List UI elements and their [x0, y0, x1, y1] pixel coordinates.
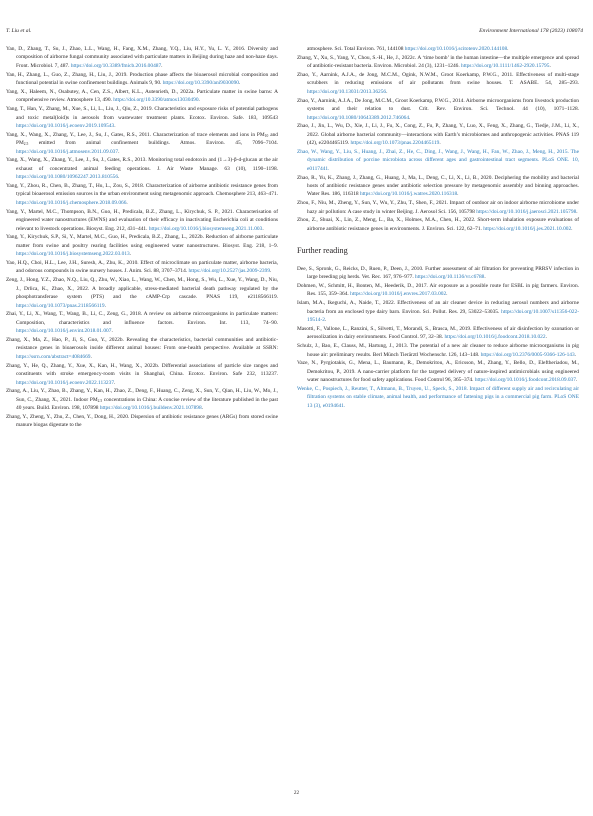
reference-end: .: [114, 380, 115, 386]
reference-entry: Yang, Y., Martel, M.C., Thompson, B.N., …: [6, 208, 278, 233]
reference-entry: Dohmen, W., Schmitt, H., Bonten, M., Hee…: [297, 282, 579, 299]
doi-link[interactable]: https://doi.org/10.1016/j.foodcont.2018.…: [475, 377, 576, 383]
reference-entry: Zhou, Z., Shuai, X., Lin, Z., Meng, L., …: [297, 216, 579, 233]
reference-entry: Schulz, J., Bao, E., Clauss, M., Hartung…: [297, 342, 579, 359]
reference-end: .: [546, 334, 547, 340]
reference-entry: Zhang, Y., He, Q., Zhang, Y., Xue, X., K…: [6, 362, 278, 387]
doi-link[interactable]: https://doi.org/10.1080/10962247.2013.81…: [16, 174, 118, 180]
reference-end: .: [457, 191, 458, 197]
reference-text: Zeng, J., Hong, Y.Z., Zhao, N.Q., Liu, Q…: [6, 277, 278, 300]
doi-link[interactable]: https://doi.org/10.1016/j.biosystemseng.…: [149, 226, 263, 232]
reference-entry: Vaze, N., Pyrgiotakis, G., Mena, L., Bau…: [297, 359, 579, 384]
doi-link[interactable]: https://doi.org/10.1136/vr.c6788: [415, 274, 484, 280]
doi-link[interactable]: https://doi.org/10.1073/pnas.2118566119: [16, 303, 105, 309]
left-column: Yan, D., Zhang, T., Su, J., Zhao, L.L., …: [6, 45, 278, 430]
doi-link[interactable]: https://doi.org/10.1016/j.watres.2020.11…: [360, 191, 457, 197]
reference-text: Yang, X., Wang, X., Zhang, Y., Lee, J., …: [6, 132, 278, 146]
doi-link[interactable]: https://ssrn.com/abstract=4084669: [16, 354, 90, 360]
reference-end: .: [507, 46, 508, 52]
reference-entry: Zhao, Y., Aarnink, A.J.A., de Jong, M.C.…: [297, 71, 579, 96]
reference-end: .: [575, 352, 576, 358]
reference-text: Zhang, Y., He, Q., Zhang, Y., Xue, X., K…: [6, 363, 278, 377]
reference-end: .: [484, 274, 485, 280]
reference-end: .: [571, 226, 572, 232]
reference-entry: Yang, Y., Kirychuk, S.P., Si, Y., Martel…: [6, 233, 278, 258]
reference-entry: Zhai, Y., Li, X., Wang, T., Wang, B., Li…: [6, 310, 278, 335]
doi-link[interactable]: https://doi.org/10.1016/j.biosystemseng.…: [16, 251, 130, 257]
reference-entry: Zhao, Y., Aarnink, A.J.A., De Jong, M.C.…: [297, 97, 579, 122]
further-reading-list: Dee, S., Spronk, G., Reicks, D., Ruen, P…: [297, 265, 579, 410]
reference-end: .: [386, 89, 387, 95]
reference-end: .: [161, 63, 162, 69]
reference-end: .: [105, 303, 106, 309]
reference-end: .: [576, 377, 577, 383]
reference-end: .: [446, 291, 447, 297]
reference-text: Zhai, Y., Li, X., Wang, T., Wang, B., Li…: [6, 311, 278, 325]
doi-link[interactable]: https://doi.org/10.1016/j.buildenv.2021.…: [100, 405, 202, 411]
reference-entry[interactable]: Wenke, C., Pospiech, J., Reutter, T., Al…: [297, 385, 579, 410]
reference-entry: Zeng, J., Hong, Y.Z., Zhao, N.Q., Liu, Q…: [6, 276, 278, 310]
doi-link[interactable]: https://doi.org/10.1016/j.jaerosci.2021.…: [476, 209, 576, 215]
doi-link[interactable]: https://doi.org/10.1111/1462-2920.15795: [461, 63, 549, 69]
doi-link[interactable]: https://doi.org/10.1073/pnas.2204465119: [351, 140, 440, 146]
header-journal: Environment International 178 (2023) 108…: [479, 28, 583, 34]
doi-link[interactable]: https://doi.org/10.1016/j.jes.2021.10.00…: [483, 226, 571, 232]
reference-end: .: [202, 405, 203, 411]
reference-entry: Masotti, F., Vallone, L., Ranzini, S., S…: [297, 325, 579, 342]
reference-text: Yang, X., Wang, X., Zhang, Y., Lee, J., …: [6, 157, 278, 171]
reference-text: Yang, Y., Zhou, R., Chen, B., Zhang, T.,…: [6, 183, 278, 197]
reference-end: .: [90, 354, 91, 360]
reference-entry: Islam, M.A., Ikeguchi, A., Naide, T., 20…: [297, 299, 579, 324]
reference-entry: Yan, H., Zhang, L., Guo, Z., Zhang, H., …: [6, 71, 278, 88]
reference-entry: Yao, H.Q., Choi, H.L., Lee, J.H., Suresh…: [6, 259, 278, 276]
reference-entry: Yang, X., Wang, X., Zhang, Y., Lee, J., …: [6, 131, 278, 156]
doi-link[interactable]: https://doi.org/10.1016/j.chemosphere.20…: [16, 200, 126, 206]
doi-link[interactable]: https://doi.org/10.3390/ani9030090: [163, 80, 239, 86]
doi-link[interactable]: https://doi.org/10.2376/0005-9366-126-14…: [481, 352, 575, 358]
reference-text: Zhang, Y., Zheng, Y., Zhu, Z., Chen, Y.,…: [6, 414, 278, 428]
reference-entry: Yang, X., Wang, X., Zhang, Y., Lee, J., …: [6, 156, 278, 181]
reference-text: Zhao, Y., Aarnink, A.J.A., de Jong, M.C.…: [297, 72, 579, 86]
doi-link[interactable]: https://doi.org/10.1016/j.envint.2018.01…: [16, 328, 111, 334]
doi-link[interactable]: https://doi.org/10.1016/j.scitotenv.2020…: [405, 46, 507, 52]
reference-entry: atmosphere. Sci. Total Environ. 761, 144…: [297, 45, 579, 53]
reference-end: .: [239, 80, 240, 86]
reference-text: Zhang, X., Ma, Z., Hao, P., Ji, S., Guo,…: [6, 337, 278, 351]
reference-end: .: [549, 63, 550, 69]
page-number: 22: [0, 790, 593, 796]
reference-list: atmosphere. Sci. Total Environ. 761, 144…: [297, 45, 579, 233]
reference-text: Yang, T., Han, Y., Zhang, M., Xue, S., L…: [6, 106, 278, 120]
reference-entry[interactable]: Zhao, W., Wang, Y., Liu, S., Huang, J., …: [297, 148, 579, 173]
reference-text: Wenke, C., Pospiech, J., Reutter, T., Al…: [297, 386, 579, 409]
reference-end: .: [439, 140, 440, 146]
reference-entry: Zhang, Y., Xu, S., Yang, Y., Chou, S.-H.…: [297, 54, 579, 71]
reference-entry: Zhao, J., Jin, L., Wu, D., Xie, J., Li, …: [297, 122, 579, 147]
reference-entry: Zhang, X., Ma, Z., Hao, P., Ji, S., Guo,…: [6, 336, 278, 361]
doi-link[interactable]: https://doi.org/10.3390/atmos13030490: [113, 97, 198, 103]
doi-link[interactable]: https://doi.org/10.2527/jas.2009-2399: [189, 268, 271, 274]
doi-link[interactable]: https://doi.org/10.1016/j.envres.2017.03…: [350, 291, 446, 297]
doi-link[interactable]: https://doi.org/10.1016/j.foodcont.2018.…: [444, 334, 545, 340]
reference-end: .: [325, 317, 326, 323]
doi-link[interactable]: https://doi.org/10.1016/j.ecoenv.2022.11…: [16, 380, 114, 386]
reference-end: .: [114, 123, 115, 129]
reference-end: .: [118, 149, 119, 155]
reference-entry: Zhou, F., Niu, M., Zheng, Y., Sun, Y., W…: [297, 199, 579, 216]
doi-link[interactable]: https://doi.org/10.1080/10643389.2012.74…: [307, 115, 409, 121]
reference-entry: Dee, S., Spronk, G., Reicks, D., Ruen, P…: [297, 265, 579, 282]
reference-text: Yang, Y., Kirychuk, S.P., Si, Y., Martel…: [6, 234, 278, 248]
reference-end: .: [126, 200, 127, 206]
reference-end: .: [118, 174, 119, 180]
doi-link[interactable]: https://doi.org/10.13031/2013.36256: [307, 89, 386, 95]
doi-link[interactable]: https://doi.org/10.3389/fmicb.2016.00487: [71, 63, 161, 69]
reference-entry: Zhang, Y., Zheng, Y., Zhu, Z., Chen, Y.,…: [6, 413, 278, 430]
reference-text: Zhao, Y., Aarnink, A.J.A., De Jong, M.C.…: [297, 98, 579, 112]
right-column: atmosphere. Sci. Total Environ. 761, 144…: [297, 45, 579, 411]
reference-entry: Yang, T., Han, Y., Zhang, M., Xue, S., L…: [6, 105, 278, 130]
reference-end: .: [270, 268, 271, 274]
reference-end: .: [199, 97, 200, 103]
reference-end: .: [262, 226, 263, 232]
reference-entry: Yan, D., Zhang, T., Su, J., Zhao, L.L., …: [6, 45, 278, 70]
reference-end: .: [130, 251, 131, 257]
reference-end: .: [576, 209, 577, 215]
reference-text: atmosphere. Sci. Total Environ. 761, 144…: [307, 46, 405, 52]
reference-end: .: [409, 115, 410, 121]
running-header: T. Liu et al. Environment International …: [6, 28, 583, 38]
reference-entry: Yang, Y., Zhou, R., Chen, B., Zhang, T.,…: [6, 182, 278, 207]
reference-entry: Zhang, A., Liu, Y., Zhao, B., Zhang, Y.,…: [6, 387, 278, 412]
further-reading-heading: Further reading: [297, 247, 579, 255]
reference-entry: Zhao, R., Yu, K., Zhang, J., Zhang, G., …: [297, 174, 579, 199]
header-authors: T. Liu et al.: [6, 28, 32, 34]
doi-link[interactable]: https://doi.org/10.1016/j.ecoenv.2019.10…: [16, 123, 114, 129]
doi-link[interactable]: https://doi.org/10.1016/j.atmosenv.2011.…: [16, 149, 118, 155]
reference-entry: Yang, X., Haleem, N., Osabutey, A., Cen,…: [6, 88, 278, 105]
reference-text: Zhao, W., Wang, Y., Liu, S., Huang, J., …: [297, 149, 579, 172]
reference-end: .: [111, 328, 112, 334]
